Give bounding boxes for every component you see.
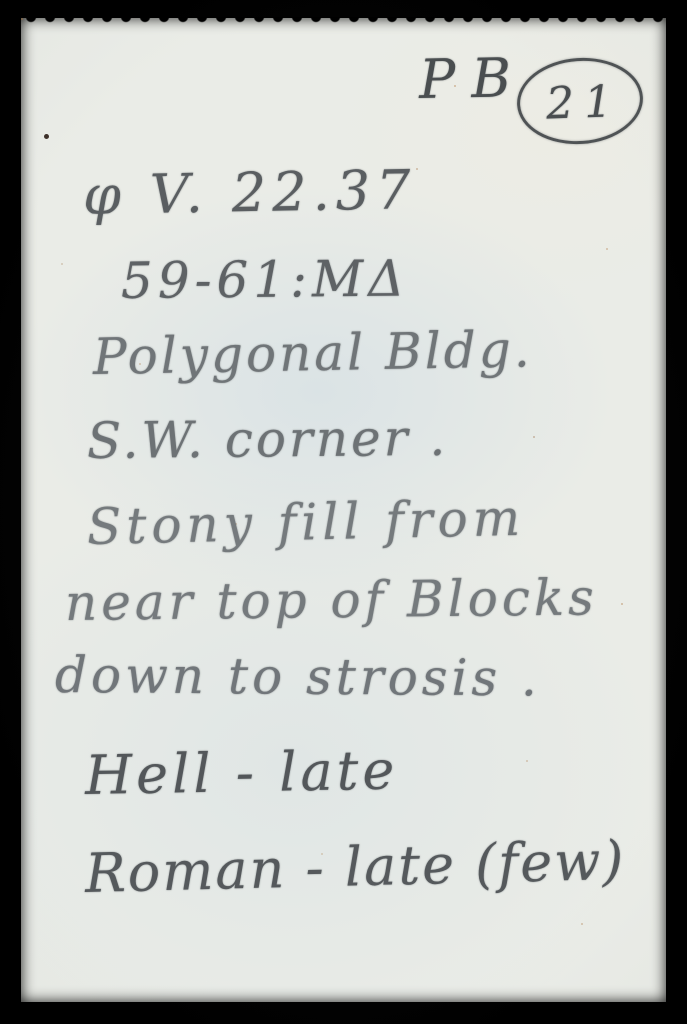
note-line: Roman - late (few) <box>84 829 626 905</box>
note-line: φ V. 22.37 <box>82 158 417 227</box>
paper-speck <box>44 134 49 139</box>
note-line: near top of Blocks <box>65 568 598 632</box>
note-line: Hell - late <box>84 739 398 807</box>
perforated-edge <box>21 17 666 30</box>
page-number-circle: 21 <box>514 54 646 149</box>
page-code: PB <box>418 46 527 111</box>
scan-background: PB 21 φ V. 22.37 59-61:MΔ Polygonal Bldg… <box>0 0 687 1024</box>
note-line: Stony fill from <box>86 489 525 556</box>
note-line: 59-61:MΔ <box>121 249 410 310</box>
note-line: down to strosis . <box>55 646 541 707</box>
page-number: 21 <box>537 76 623 130</box>
note-paper: PB 21 φ V. 22.37 59-61:MΔ Polygonal Bldg… <box>21 18 666 1002</box>
note-line: S.W. corner . <box>87 409 449 470</box>
note-line: Polygonal Bldg. <box>92 320 533 386</box>
paper-fibers <box>21 18 23 20</box>
